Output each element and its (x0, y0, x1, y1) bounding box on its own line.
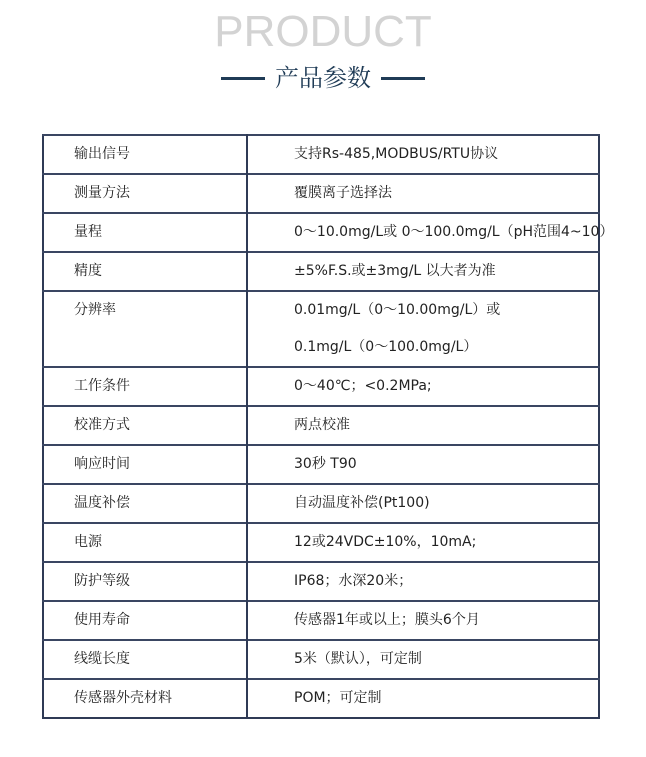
spec-value: 支持Rs-485,MODBUS/RTU协议 (294, 136, 598, 173)
spec-label: 响应时间 (74, 446, 246, 483)
spec-value-cell: 12或24VDC±10%，10mA; (247, 523, 599, 562)
spec-label: 温度补偿 (74, 485, 246, 522)
spec-label-cell: 分辨率 (43, 291, 247, 367)
spec-value: 0～40℃；<0.2MPa; (294, 368, 598, 405)
spec-value-cell: 5米（默认），可定制 (247, 640, 599, 679)
table-row: 分辨率0.01mg/L（0～10.00mg/L）或0.1mg/L（0～100.0… (43, 291, 599, 367)
spec-value: POM；可定制 (294, 680, 598, 717)
table-row: 工作条件0～40℃；<0.2MPa; (43, 367, 599, 406)
spec-value-cell: 0.01mg/L（0～10.00mg/L）或0.1mg/L（0～100.0mg/… (247, 291, 599, 367)
table-row: 精度±5%F.S.或±3mg/L 以大者为准 (43, 252, 599, 291)
spec-value-cell: 自动温度补偿(Pt100) (247, 484, 599, 523)
spec-value-cell: 0～10.0mg/L或 0～100.0mg/L（pH范围4~10） (247, 213, 599, 252)
spec-label: 量程 (74, 214, 246, 251)
spec-value: 5米（默认），可定制 (294, 641, 598, 678)
spec-value: 30秒 T90 (294, 446, 598, 483)
table-row: 传感器外壳材料POM；可定制 (43, 679, 599, 718)
spec-value-cell: ±5%F.S.或±3mg/L 以大者为准 (247, 252, 599, 291)
spec-label: 电源 (74, 524, 246, 561)
spec-label: 校准方式 (74, 407, 246, 444)
spec-value-cell: 两点校准 (247, 406, 599, 445)
table-row: 使用寿命传感器1年或以上；膜头6个月 (43, 601, 599, 640)
spec-label: 精度 (74, 253, 246, 290)
spec-label-cell: 使用寿命 (43, 601, 247, 640)
section-subtitle: 产品参数 (275, 60, 371, 96)
spec-label: 防护等级 (74, 563, 246, 600)
spec-value: 两点校准 (294, 407, 598, 444)
spec-value: 0～10.0mg/L或 0～100.0mg/L（pH范围4~10） (294, 214, 598, 251)
spec-label-cell: 输出信号 (43, 135, 247, 174)
heading-right-line (381, 77, 425, 80)
spec-value: 0.1mg/L（0～100.0mg/L） (294, 329, 598, 366)
table-row: 测量方法覆膜离子选择法 (43, 174, 599, 213)
table-row: 校准方式两点校准 (43, 406, 599, 445)
table-row: 线缆长度5米（默认），可定制 (43, 640, 599, 679)
spec-value: 0.01mg/L（0～10.00mg/L）或 (294, 292, 598, 329)
spec-value: ±5%F.S.或±3mg/L 以大者为准 (294, 253, 598, 290)
spec-value: IP68；水深20米； (294, 563, 598, 600)
spec-label: 测量方法 (74, 175, 246, 212)
heading-left-line (221, 77, 265, 80)
spec-label-cell: 防护等级 (43, 562, 247, 601)
spec-value: 12或24VDC±10%，10mA; (294, 524, 598, 561)
spec-label-cell: 校准方式 (43, 406, 247, 445)
spec-label-cell: 传感器外壳材料 (43, 679, 247, 718)
spec-value-cell: 0～40℃；<0.2MPa; (247, 367, 599, 406)
spec-label-cell: 电源 (43, 523, 247, 562)
spec-value: 自动温度补偿(Pt100) (294, 485, 598, 522)
spec-value: 覆膜离子选择法 (294, 175, 598, 212)
table-row: 电源12或24VDC±10%，10mA; (43, 523, 599, 562)
spec-label-cell: 线缆长度 (43, 640, 247, 679)
spec-value-cell: 30秒 T90 (247, 445, 599, 484)
table-row: 输出信号支持Rs-485,MODBUS/RTU协议 (43, 135, 599, 174)
spec-table-body: 输出信号支持Rs-485,MODBUS/RTU协议测量方法覆膜离子选择法量程0～… (43, 135, 599, 718)
spec-value-cell: 覆膜离子选择法 (247, 174, 599, 213)
spec-value-cell: POM；可定制 (247, 679, 599, 718)
spec-label-cell: 量程 (43, 213, 247, 252)
spec-value: 传感器1年或以上；膜头6个月 (294, 602, 598, 639)
spec-label: 输出信号 (74, 136, 246, 173)
spec-value-cell: IP68；水深20米； (247, 562, 599, 601)
spec-value-cell: 传感器1年或以上；膜头6个月 (247, 601, 599, 640)
spec-label-cell: 工作条件 (43, 367, 247, 406)
spec-label-cell: 测量方法 (43, 174, 247, 213)
spec-label: 分辨率 (74, 292, 246, 329)
table-row: 温度补偿自动温度补偿(Pt100) (43, 484, 599, 523)
table-row: 防护等级IP68；水深20米； (43, 562, 599, 601)
spec-value-cell: 支持Rs-485,MODBUS/RTU协议 (247, 135, 599, 174)
spec-label-cell: 精度 (43, 252, 247, 291)
spec-label-cell: 响应时间 (43, 445, 247, 484)
spec-table: 输出信号支持Rs-485,MODBUS/RTU协议测量方法覆膜离子选择法量程0～… (42, 134, 600, 719)
section-heading: 产品参数 (0, 60, 646, 96)
spec-label: 工作条件 (74, 368, 246, 405)
page-title: PRODUCT (0, 4, 646, 60)
spec-label-cell: 温度补偿 (43, 484, 247, 523)
spec-label: 使用寿命 (74, 602, 246, 639)
table-row: 响应时间30秒 T90 (43, 445, 599, 484)
spec-label: 传感器外壳材料 (74, 680, 246, 717)
spec-label: 线缆长度 (74, 641, 246, 678)
table-row: 量程0～10.0mg/L或 0～100.0mg/L（pH范围4~10） (43, 213, 599, 252)
